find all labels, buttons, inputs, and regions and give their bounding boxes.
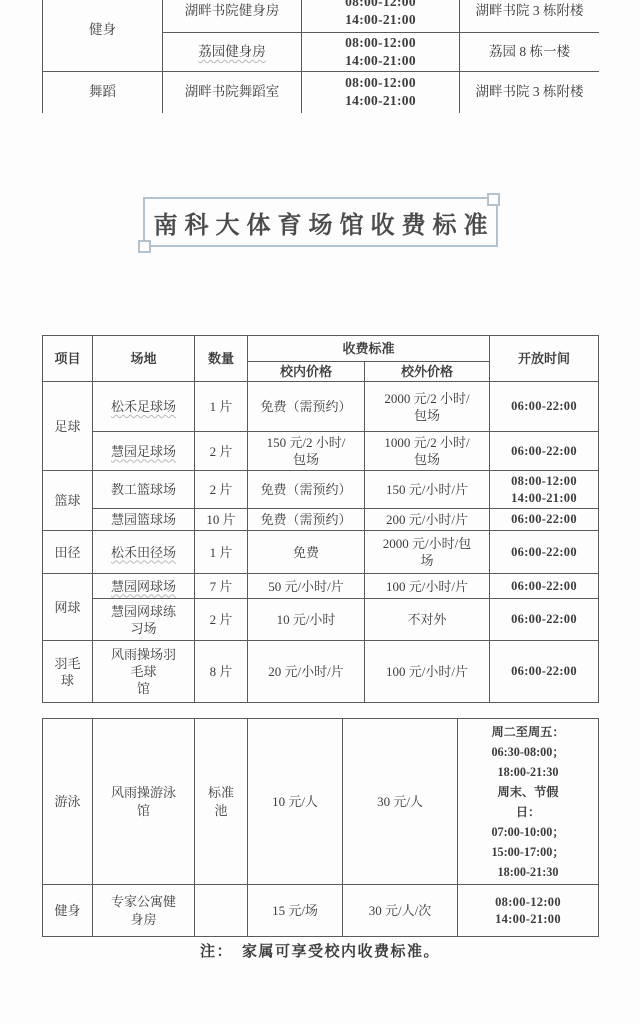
fee-table: 项目 场地 数量 收费标准 开放时间 校内价格 校外价格 足球 松禾足球场 1 …: [42, 335, 599, 703]
page-title: 南科大体育场馆收费标准: [145, 199, 496, 245]
venue-cell: 慧园网球场: [93, 574, 195, 599]
header-quantity: 数量: [195, 336, 248, 382]
venue-cell: 风雨操游泳 馆: [93, 719, 195, 885]
top-facility-table: 健身 湖畔书院健身房 08:00-12:00 14:00-21:00 湖畔书院 …: [42, 0, 599, 113]
off-campus-price-cell: 不对外: [365, 599, 490, 641]
hours-cell: 06:00-22:00: [490, 599, 599, 641]
table-row: 足球 松禾足球场 1 片 免费（需预约） 2000 元/2 小时/ 包场 06:…: [43, 382, 599, 432]
quantity-cell: 1 片: [195, 382, 248, 432]
header-item: 项目: [43, 336, 93, 382]
header-off-campus-price: 校外价格: [365, 362, 490, 382]
campus-price-cell: 免费（需预约）: [248, 471, 365, 509]
off-campus-price-cell: 150 元/小时/片: [365, 471, 490, 509]
corner-square-decoration: [138, 240, 151, 253]
hours-cell: 08:00-12:00 14:00-21:00: [302, 0, 460, 33]
item-cell: 田径: [43, 531, 93, 574]
venue-cell: 慧园足球场: [93, 432, 195, 471]
off-campus-price-cell: 2000 元/小时/包 场: [365, 531, 490, 574]
item-cell: 足球: [43, 382, 93, 471]
footnote: 注： 家属可享受校内收费标准。: [0, 940, 640, 961]
hours-cell: 06:00-22:00: [490, 531, 599, 574]
hours-cell: 08:00-12:00 14:00-21:00: [490, 471, 599, 509]
off-campus-price-cell: 100 元/小时/片: [365, 574, 490, 599]
item-cell: 健身: [43, 885, 93, 937]
quantity-cell: 2 片: [195, 471, 248, 509]
extra-fee-table: 游泳 风雨操游泳 馆 标准 池 10 元/人 30 元/人 周二至周五： 06:…: [42, 718, 599, 937]
document-page: { "top_table": { "rows": [ {"category": …: [0, 0, 640, 1024]
hours-cell: 06:00-22:00: [490, 641, 599, 703]
header-venue: 场地: [93, 336, 195, 382]
campus-price-cell: 20 元/小时/片: [248, 641, 365, 703]
item-cell: 网球: [43, 574, 93, 641]
item-cell: 羽毛 球: [43, 641, 93, 703]
off-campus-price-cell: 30 元/人: [343, 719, 458, 885]
hours-cell: 06:00-22:00: [490, 509, 599, 531]
quantity-cell: 7 片: [195, 574, 248, 599]
off-campus-price-cell: 100 元/小时/片: [365, 641, 490, 703]
venue-cell: 松禾足球场: [93, 382, 195, 432]
table-row: 羽毛 球 风雨操场羽 毛球 馆 8 片 20 元/小时/片 100 元/小时/片…: [43, 641, 599, 703]
fee-table-wrap: 项目 场地 数量 收费标准 开放时间 校内价格 校外价格 足球 松禾足球场 1 …: [42, 335, 598, 703]
off-campus-price-cell: 2000 元/2 小时/ 包场: [365, 382, 490, 432]
quantity-cell: 10 片: [195, 509, 248, 531]
quantity-cell: 2 片: [195, 432, 248, 471]
location-cell: 湖畔书院 3 栋附楼: [460, 71, 600, 113]
category-cell: 健身: [43, 0, 163, 71]
table-row: 舞蹈 湖畔书院舞蹈室 08:00-12:00 14:00-21:00 湖畔书院 …: [43, 71, 600, 113]
table-row: 健身 湖畔书院健身房 08:00-12:00 14:00-21:00 湖畔书院 …: [43, 0, 600, 33]
table-row: 慧园足球场 2 片 150 元/2 小时/ 包场 1000 元/2 小时/ 包场…: [43, 432, 599, 471]
table-row: 田径 松禾田径场 1 片 免费 2000 元/小时/包 场 06:00-22:0…: [43, 531, 599, 574]
campus-price-cell: 10 元/人: [248, 719, 343, 885]
location-cell: 荔园 8 栋一楼: [460, 33, 600, 72]
venue-cell: 湖畔书院健身房: [163, 0, 302, 33]
hours-cell: 06:00-22:00: [490, 432, 599, 471]
header-fee-standard: 收费标准: [248, 336, 490, 362]
top-facility-table-clip: 健身 湖畔书院健身房 08:00-12:00 14:00-21:00 湖畔书院 …: [42, 0, 599, 113]
campus-price-cell: 免费（需预约）: [248, 509, 365, 531]
hours-cell: 06:00-22:00: [490, 382, 599, 432]
table-row: 健身 专家公寓健 身房 15 元/场 30 元/人/次 08:00-12:00 …: [43, 885, 599, 937]
off-campus-price-cell: 30 元/人/次: [343, 885, 458, 937]
title-box: 南科大体育场馆收费标准: [143, 197, 498, 247]
extra-fee-table-wrap: 游泳 风雨操游泳 馆 标准 池 10 元/人 30 元/人 周二至周五： 06:…: [42, 718, 598, 937]
campus-price-cell: 15 元/场: [248, 885, 343, 937]
location-cell: 湖畔书院 3 栋附楼: [460, 0, 600, 33]
quantity-cell: 标准 池: [195, 719, 248, 885]
table-row: 游泳 风雨操游泳 馆 标准 池 10 元/人 30 元/人 周二至周五： 06:…: [43, 719, 599, 885]
hours-cell: 06:00-22:00: [490, 574, 599, 599]
table-row: 网球 慧园网球场 7 片 50 元/小时/片 100 元/小时/片 06:00-…: [43, 574, 599, 599]
hours-cell: 周二至周五： 06:30-08:00； 18:00-21:30 周末、节假 日：…: [458, 719, 599, 885]
off-campus-price-cell: 1000 元/2 小时/ 包场: [365, 432, 490, 471]
header-open-hours: 开放时间: [490, 336, 599, 382]
item-cell: 篮球: [43, 471, 93, 531]
quantity-cell: [195, 885, 248, 937]
venue-cell: 教工篮球场: [93, 471, 195, 509]
hours-cell: 08:00-12:00 14:00-21:00: [302, 71, 460, 113]
venue-cell: 慧园篮球场: [93, 509, 195, 531]
hours-cell: 08:00-12:00 14:00-21:00: [302, 33, 460, 72]
corner-square-decoration: [487, 193, 500, 206]
campus-price-cell: 10 元/小时: [248, 599, 365, 641]
campus-price-cell: 50 元/小时/片: [248, 574, 365, 599]
quantity-cell: 8 片: [195, 641, 248, 703]
campus-price-cell: 免费（需预约）: [248, 382, 365, 432]
off-campus-price-cell: 200 元/小时/片: [365, 509, 490, 531]
hours-cell: 08:00-12:00 14:00-21:00: [458, 885, 599, 937]
venue-cell: 风雨操场羽 毛球 馆: [93, 641, 195, 703]
category-cell: 舞蹈: [43, 71, 163, 113]
campus-price-cell: 150 元/2 小时/ 包场: [248, 432, 365, 471]
table-row: 慧园网球练 习场 2 片 10 元/小时 不对外 06:00-22:00: [43, 599, 599, 641]
quantity-cell: 2 片: [195, 599, 248, 641]
header-row: 项目 场地 数量 收费标准 开放时间: [43, 336, 599, 362]
table-row: 慧园篮球场 10 片 免费（需预约） 200 元/小时/片 06:00-22:0…: [43, 509, 599, 531]
item-cell: 游泳: [43, 719, 93, 885]
table-row: 篮球 教工篮球场 2 片 免费（需预约） 150 元/小时/片 08:00-12…: [43, 471, 599, 509]
venue-cell: 慧园网球练 习场: [93, 599, 195, 641]
campus-price-cell: 免费: [248, 531, 365, 574]
header-campus-price: 校内价格: [248, 362, 365, 382]
venue-cell: 荔园健身房: [163, 33, 302, 72]
venue-cell: 湖畔书院舞蹈室: [163, 71, 302, 113]
venue-cell: 专家公寓健 身房: [93, 885, 195, 937]
venue-cell: 松禾田径场: [93, 531, 195, 574]
quantity-cell: 1 片: [195, 531, 248, 574]
